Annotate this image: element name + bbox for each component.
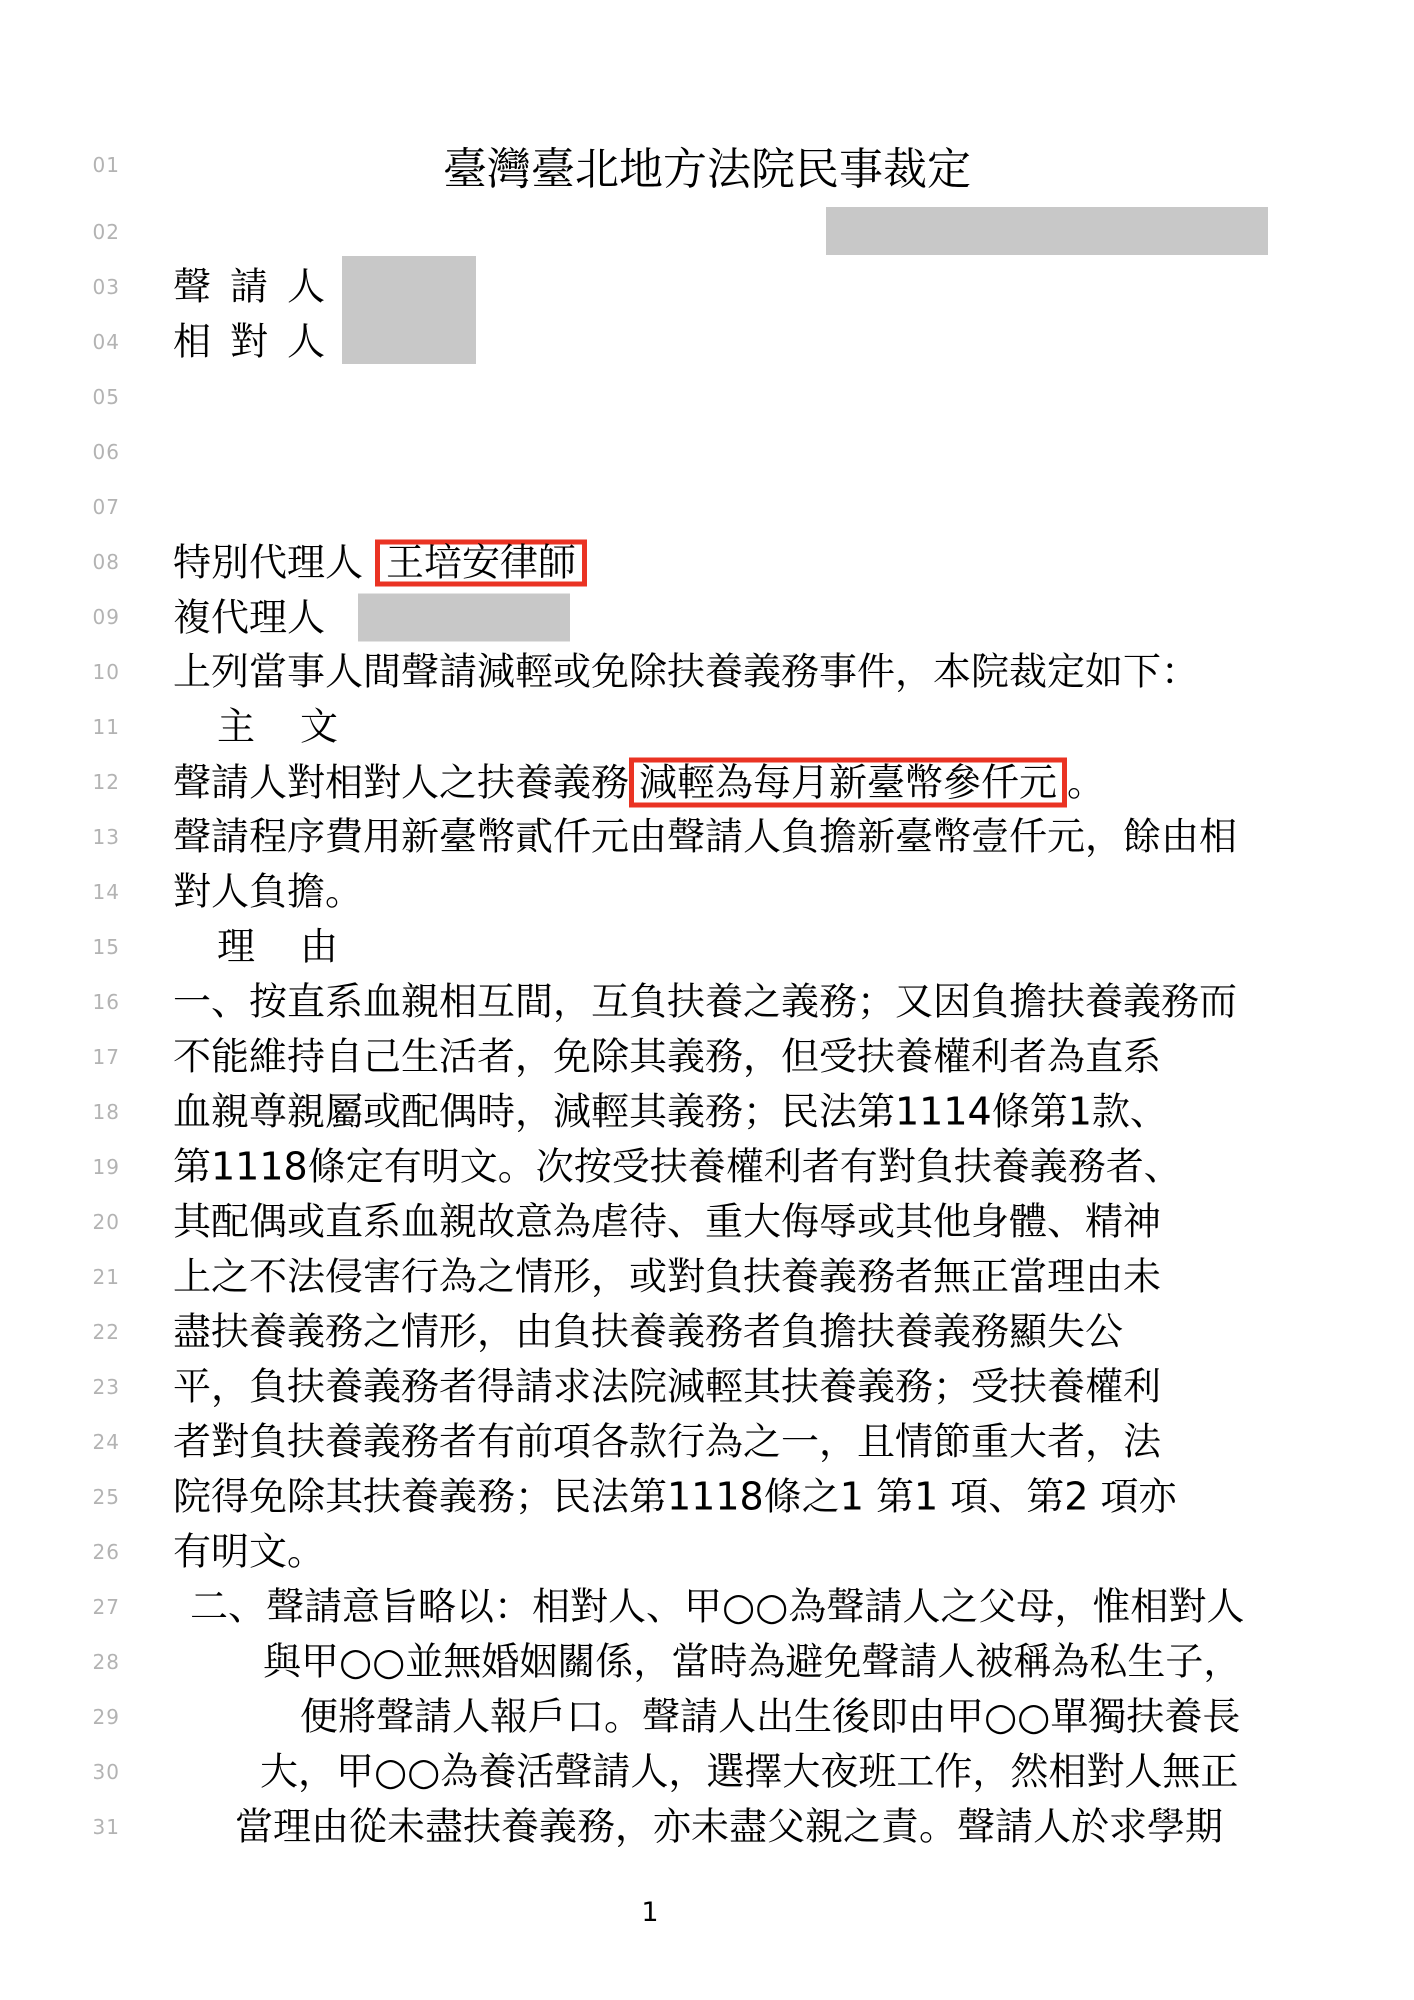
- line-number: 26: [0, 1540, 120, 1564]
- line-number: 13: [0, 825, 120, 849]
- line-number: 24: [0, 1430, 120, 1454]
- redaction-box: [358, 594, 570, 642]
- page-number: 1: [560, 1897, 740, 1928]
- line-number: 21: [0, 1265, 120, 1289]
- line-number: 14: [0, 880, 120, 904]
- doc-line: 14 對人負擔。: [0, 864, 1414, 919]
- line-number: 30: [0, 1760, 120, 1784]
- line-text: 對人負擔。: [173, 864, 363, 919]
- line-number: 11: [0, 715, 120, 739]
- doc-line: 05: [0, 369, 1414, 424]
- line-number: 16: [0, 990, 120, 1014]
- line-number: 17: [0, 1045, 120, 1069]
- line-text: 大，甲○○為養活聲請人，選擇大夜班工作，然相對人無正: [260, 1744, 1238, 1799]
- doc-line: 20 其配偶或直系血親故意為虐待、重大侮辱或其他身體、精神: [0, 1194, 1414, 1249]
- doc-line: 18 血親尊親屬或配偶時，減輕其義務；民法第1114條第1款、: [0, 1084, 1414, 1139]
- line-number: 25: [0, 1485, 120, 1509]
- doc-line: 08 特別代理人王培安律師: [0, 534, 1414, 589]
- line-number: 05: [0, 385, 120, 409]
- doc-line: 09 複代理人: [0, 589, 1414, 644]
- doc-line: 11 主文: [0, 699, 1414, 754]
- line-text: 血親尊親屬或配偶時，減輕其義務；民法第1114條第1款、: [173, 1084, 1168, 1139]
- court-ruling-document: 01 臺灣臺北地方法院民事裁定 02 03 聲請人 04 相對人 05 06 0…: [0, 0, 1414, 2000]
- line-text: 盡扶養義務之情形，由負扶養義務者負擔扶養義務顯失公: [173, 1304, 1123, 1359]
- line-text: 院得免除其扶養義務；民法第1118條之1 第1 項、第2 項亦: [173, 1469, 1176, 1524]
- doc-line: 28 與甲○○並無婚姻關係，當時為避免聲請人被稱為私生子，: [0, 1634, 1414, 1689]
- line-text: 上列當事人間聲請減輕或免除扶養義務事件，本院裁定如下：: [173, 644, 1199, 699]
- line-number: 27: [0, 1595, 120, 1619]
- line-text: 聲請人對相對人之扶養義務減輕為每月新臺幣參仟元。: [173, 753, 1105, 810]
- doc-line: 06: [0, 424, 1414, 479]
- role-label: 複代理人: [173, 595, 325, 639]
- line-number: 03: [0, 275, 120, 299]
- line-number: 22: [0, 1320, 120, 1344]
- line-text: 便將聲請人報戶口。聲請人出生後即由甲○○單獨扶養長: [300, 1689, 1240, 1744]
- doc-line: 02: [0, 204, 1414, 259]
- line-text: 複代理人: [173, 588, 570, 645]
- line-text: 聲請程序費用新臺幣貳仟元由聲請人負擔新臺幣壹仟元，餘由相: [173, 809, 1237, 864]
- doc-line: 12 聲請人對相對人之扶養義務減輕為每月新臺幣參仟元。: [0, 754, 1414, 809]
- doc-line: 22 盡扶養義務之情形，由負扶養義務者負擔扶養義務顯失公: [0, 1304, 1414, 1359]
- line-text: 二、聲請意旨略以：相對人、甲○○為聲請人之父母，惟相對人: [190, 1579, 1244, 1634]
- line-text: 特別代理人王培安律師: [173, 533, 587, 590]
- doc-line: 26 有明文。: [0, 1524, 1414, 1579]
- line-number: 10: [0, 660, 120, 684]
- doc-line: 21 上之不法侵害行為之情形，或對負扶養義務者無正當理由未: [0, 1249, 1414, 1304]
- doc-line: 15 理由: [0, 919, 1414, 974]
- line-number: 12: [0, 770, 120, 794]
- line-number: 23: [0, 1375, 120, 1399]
- line-number: 06: [0, 440, 120, 464]
- doc-line: 10 上列當事人間聲請減輕或免除扶養義務事件，本院裁定如下：: [0, 644, 1414, 699]
- section-heading: 理由: [217, 919, 383, 974]
- doc-line: 24 者對負扶養義務者有前項各款行為之一，且情節重大者，法: [0, 1414, 1414, 1469]
- line-number: 31: [0, 1815, 120, 1839]
- line-text: 相對人: [173, 314, 344, 369]
- doc-line: 07: [0, 479, 1414, 534]
- line-number: 04: [0, 330, 120, 354]
- doc-line: 13 聲請程序費用新臺幣貳仟元由聲請人負擔新臺幣壹仟元，餘由相: [0, 809, 1414, 864]
- doc-line: 04 相對人: [0, 314, 1414, 369]
- line-number: 18: [0, 1100, 120, 1124]
- doc-line: 29 便將聲請人報戶口。聲請人出生後即由甲○○單獨扶養長: [0, 1689, 1414, 1744]
- line-text: 者對負扶養義務者有前項各款行為之一，且情節重大者，法: [173, 1414, 1161, 1469]
- doc-line: 03 聲請人: [0, 259, 1414, 314]
- line-number: 20: [0, 1210, 120, 1234]
- doc-line: 01 臺灣臺北地方法院民事裁定: [0, 137, 1414, 192]
- line-text: 上之不法侵害行為之情形，或對負扶養義務者無正當理由未: [173, 1249, 1161, 1304]
- section-heading: 主文: [217, 699, 383, 754]
- doc-line: 19 第1118條定有明文。次按受扶養權利者有對負扶養義務者、: [0, 1139, 1414, 1194]
- ruling-text-suffix: 。: [1067, 760, 1105, 804]
- doc-line: 30 大，甲○○為養活聲請人，選擇大夜班工作，然相對人無正: [0, 1744, 1414, 1799]
- doc-line: 31 當理由從未盡扶養義務，亦未盡父親之責。聲請人於求學期: [0, 1799, 1414, 1854]
- doc-line: 27 二、聲請意旨略以：相對人、甲○○為聲請人之父母，惟相對人: [0, 1579, 1414, 1634]
- line-text: 一、按直系血親相互間，互負扶養之義務；又因負擔扶養義務而: [173, 974, 1237, 1029]
- line-text: 第1118條定有明文。次按受扶養權利者有對負扶養義務者、: [173, 1139, 1182, 1194]
- ruling-text: 聲請人對相對人之扶養義務: [173, 760, 629, 804]
- line-text: 有明文。: [173, 1524, 325, 1579]
- doc-line: 16 一、按直系血親相互間，互負扶養之義務；又因負擔扶養義務而: [0, 974, 1414, 1029]
- line-number: 08: [0, 550, 120, 574]
- highlight-box: 減輕為每月新臺幣參仟元: [629, 758, 1067, 808]
- line-text: 當理由從未盡扶養義務，亦未盡父親之責。聲請人於求學期: [235, 1799, 1223, 1854]
- doc-line: 25 院得免除其扶養義務；民法第1118條之1 第1 項、第2 項亦: [0, 1469, 1414, 1524]
- line-number: 07: [0, 495, 120, 519]
- role-label: 特別代理人: [173, 540, 363, 584]
- doc-line: 23 平，負扶養義務者得請求法院減輕其扶養義務；受扶養權利: [0, 1359, 1414, 1414]
- line-text: 聲請人: [173, 259, 344, 314]
- line-number: 28: [0, 1650, 120, 1674]
- line-text: 不能維持自己生活者，免除其義務，但受扶養權利者為直系: [173, 1029, 1161, 1084]
- line-number: 29: [0, 1705, 120, 1729]
- page-title: 臺灣臺北地方法院民事裁定: [0, 133, 1414, 197]
- line-number: 09: [0, 605, 120, 629]
- line-number: 15: [0, 935, 120, 959]
- highlight-box: 王培安律師: [375, 539, 587, 586]
- line-text: 其配偶或直系血親故意為虐待、重大侮辱或其他身體、精神: [173, 1194, 1161, 1249]
- line-number: 02: [0, 220, 120, 244]
- line-text: 平，負扶養義務者得請求法院減輕其扶養義務；受扶養權利: [173, 1359, 1161, 1414]
- doc-line: 17 不能維持自己生活者，免除其義務，但受扶養權利者為直系: [0, 1029, 1414, 1084]
- line-number: 19: [0, 1155, 120, 1179]
- line-text: 與甲○○並無婚姻關係，當時為避免聲請人被稱為私生子，: [263, 1634, 1241, 1689]
